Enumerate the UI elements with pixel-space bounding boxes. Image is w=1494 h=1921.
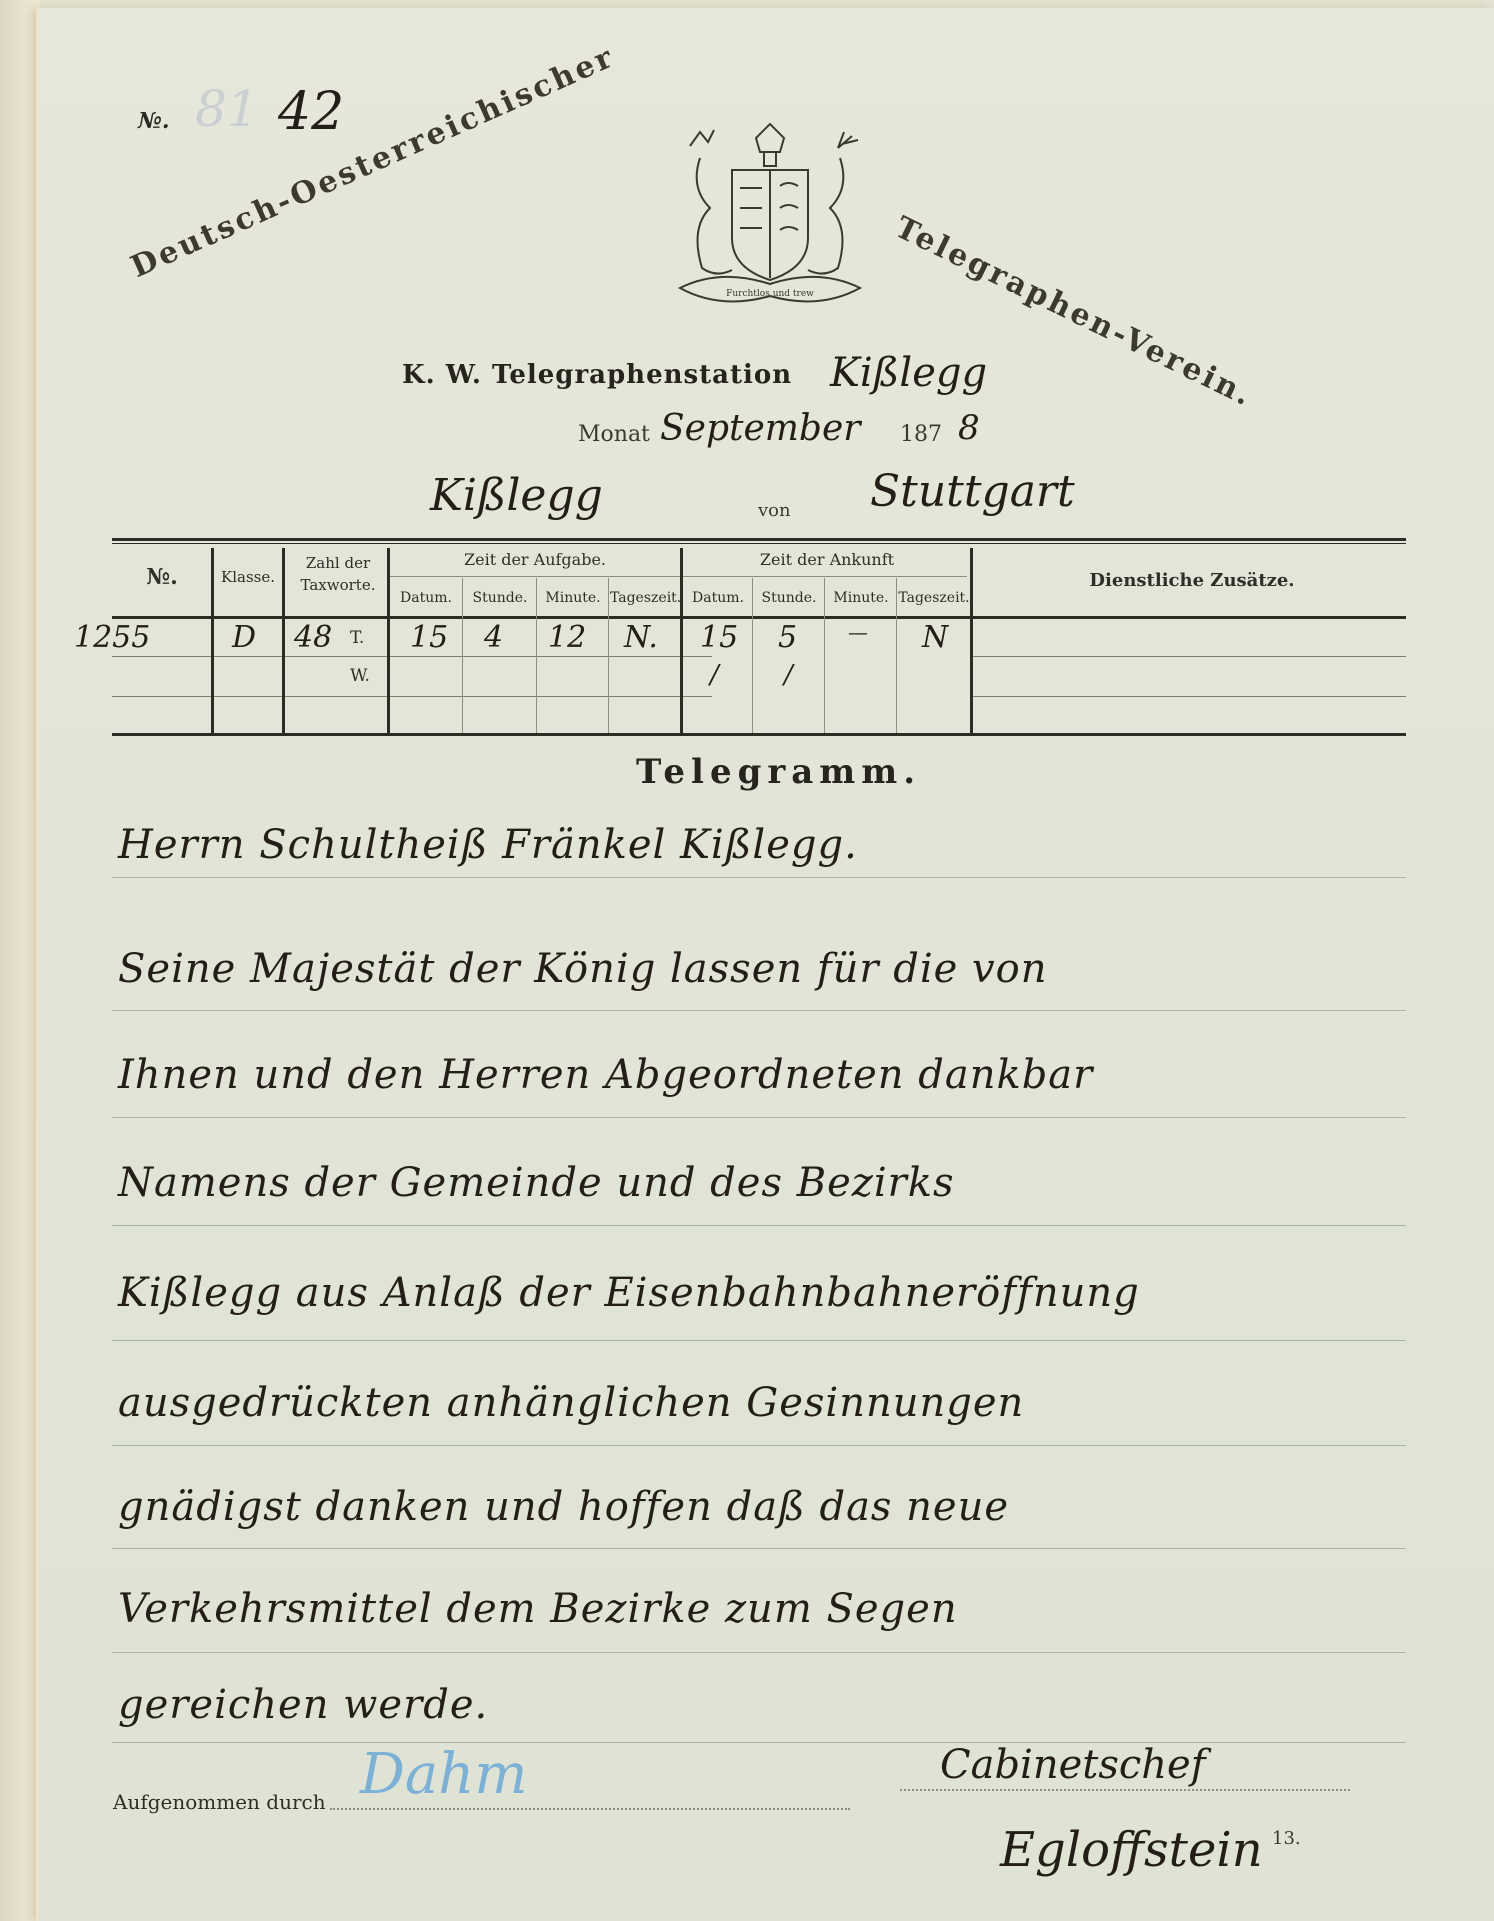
aufgabe-minute-header: Minute. xyxy=(538,590,608,606)
message-line: gnädigst danken und hoffen daß das neue xyxy=(118,1484,1009,1530)
cell-ankunft-datum-2: / xyxy=(710,660,719,690)
from-label: von xyxy=(758,500,791,521)
cell-klasse: D xyxy=(232,620,256,655)
ruled-line xyxy=(112,1340,1406,1341)
received-by-signature: Dahm xyxy=(360,1742,527,1807)
transmission-table: №. Klasse. Zahl der Taxworte. Zeit der A… xyxy=(112,538,1406,738)
col-ankunft-group-header: Zeit der Ankunft xyxy=(684,550,970,569)
message-line: ausgedrückten anhänglichen Gesinnungen xyxy=(118,1380,1024,1426)
cell-ankunft-datum: 15 xyxy=(700,620,738,655)
cell-taxworte: 48 xyxy=(294,620,332,655)
col-number-header: №. xyxy=(122,564,202,590)
message-line: Ihnen und den Herren Abgeordneten dankba… xyxy=(118,1052,1093,1098)
aufgabe-datum-header: Datum. xyxy=(390,590,462,606)
year-suffix: 8 xyxy=(958,408,980,448)
ruled-line xyxy=(112,1548,1406,1549)
pencil-mark: 81 xyxy=(195,80,259,138)
cell-ankunft-minute: — xyxy=(848,620,868,644)
cell-ankunft-tageszeit: N xyxy=(922,620,948,655)
ruled-line xyxy=(112,1117,1406,1118)
ruled-line xyxy=(112,877,1406,878)
station-value: Kißlegg xyxy=(830,350,987,396)
message-line: Herrn Schultheiß Fränkel Kißlegg. xyxy=(118,822,858,868)
zusaetze-header: Dienstliche Zusätze. xyxy=(982,570,1402,591)
col-taxworte-header: Zahl der Taxworte. xyxy=(290,552,386,596)
ruled-line xyxy=(112,1010,1406,1011)
cell-aufgabe-minute: 12 xyxy=(548,620,586,655)
destination-value: Kißlegg xyxy=(430,470,603,521)
taxworte-w-label: W. xyxy=(350,666,370,686)
ruled-line xyxy=(112,1225,1406,1226)
aufgabe-tageszeit-header: Tageszeit. xyxy=(610,590,680,606)
cell-ankunft-stunde: 5 xyxy=(778,620,797,655)
svg-text:Furchtlos und trew: Furchtlos und trew xyxy=(726,289,814,299)
ankunft-datum-header: Datum. xyxy=(684,590,752,606)
message-line: Kißlegg aus Anlaß der Eisenbahnbahneröff… xyxy=(118,1270,1140,1316)
signature-dotted-line xyxy=(900,1789,1350,1791)
telegram-title: Telegramm. xyxy=(636,752,921,792)
received-by-label: Aufgenommen durch xyxy=(113,1790,326,1814)
document-number: 42 xyxy=(278,82,344,142)
month-label: Monat xyxy=(578,422,650,447)
year-label: 187 xyxy=(900,422,942,447)
aufgabe-stunde-header: Stunde. xyxy=(464,590,536,606)
wurttemberg-coat-of-arms-icon: Furchtlos und trew xyxy=(660,118,880,318)
message-line: Verkehrsmittel dem Bezirke zum Segen xyxy=(118,1586,958,1632)
ruled-line xyxy=(112,1742,1406,1743)
cell-aufgabe-stunde: 4 xyxy=(484,620,503,655)
ankunft-stunde-header: Stunde. xyxy=(754,590,824,606)
ankunft-tageszeit-header: Tageszeit. xyxy=(898,590,970,606)
signature-name: Egloffstein xyxy=(1000,1822,1263,1878)
month-value: September xyxy=(660,408,860,449)
signature-title: Cabinetschef xyxy=(940,1742,1206,1788)
cell-aufgabe-datum: 15 xyxy=(410,620,448,655)
ankunft-minute-header: Minute. xyxy=(826,590,896,606)
page-number: 13. xyxy=(1272,1828,1301,1849)
ruled-line xyxy=(112,1445,1406,1446)
received-by-dotted-line xyxy=(330,1808,850,1810)
station-label: K. W. Telegraphenstation xyxy=(402,360,792,390)
col-klasse-header: Klasse. xyxy=(215,568,281,586)
origin-value: Stuttgart xyxy=(870,466,1075,517)
message-line: gereichen werde. xyxy=(118,1682,488,1728)
paper-edge xyxy=(0,0,40,1921)
ruled-line xyxy=(112,1652,1406,1653)
message-line: Namens der Gemeinde und des Bezirks xyxy=(118,1160,955,1206)
cell-number: 1255 xyxy=(74,620,150,655)
cell-aufgabe-tageszeit: N. xyxy=(624,620,658,655)
message-line: Seine Majestät der König lassen für die … xyxy=(118,946,1047,992)
taxworte-t-label: T. xyxy=(350,628,364,648)
number-label: №. xyxy=(138,108,170,134)
col-aufgabe-group-header: Zeit der Aufgabe. xyxy=(390,550,680,569)
cell-ankunft-stunde-2: / xyxy=(784,660,793,690)
